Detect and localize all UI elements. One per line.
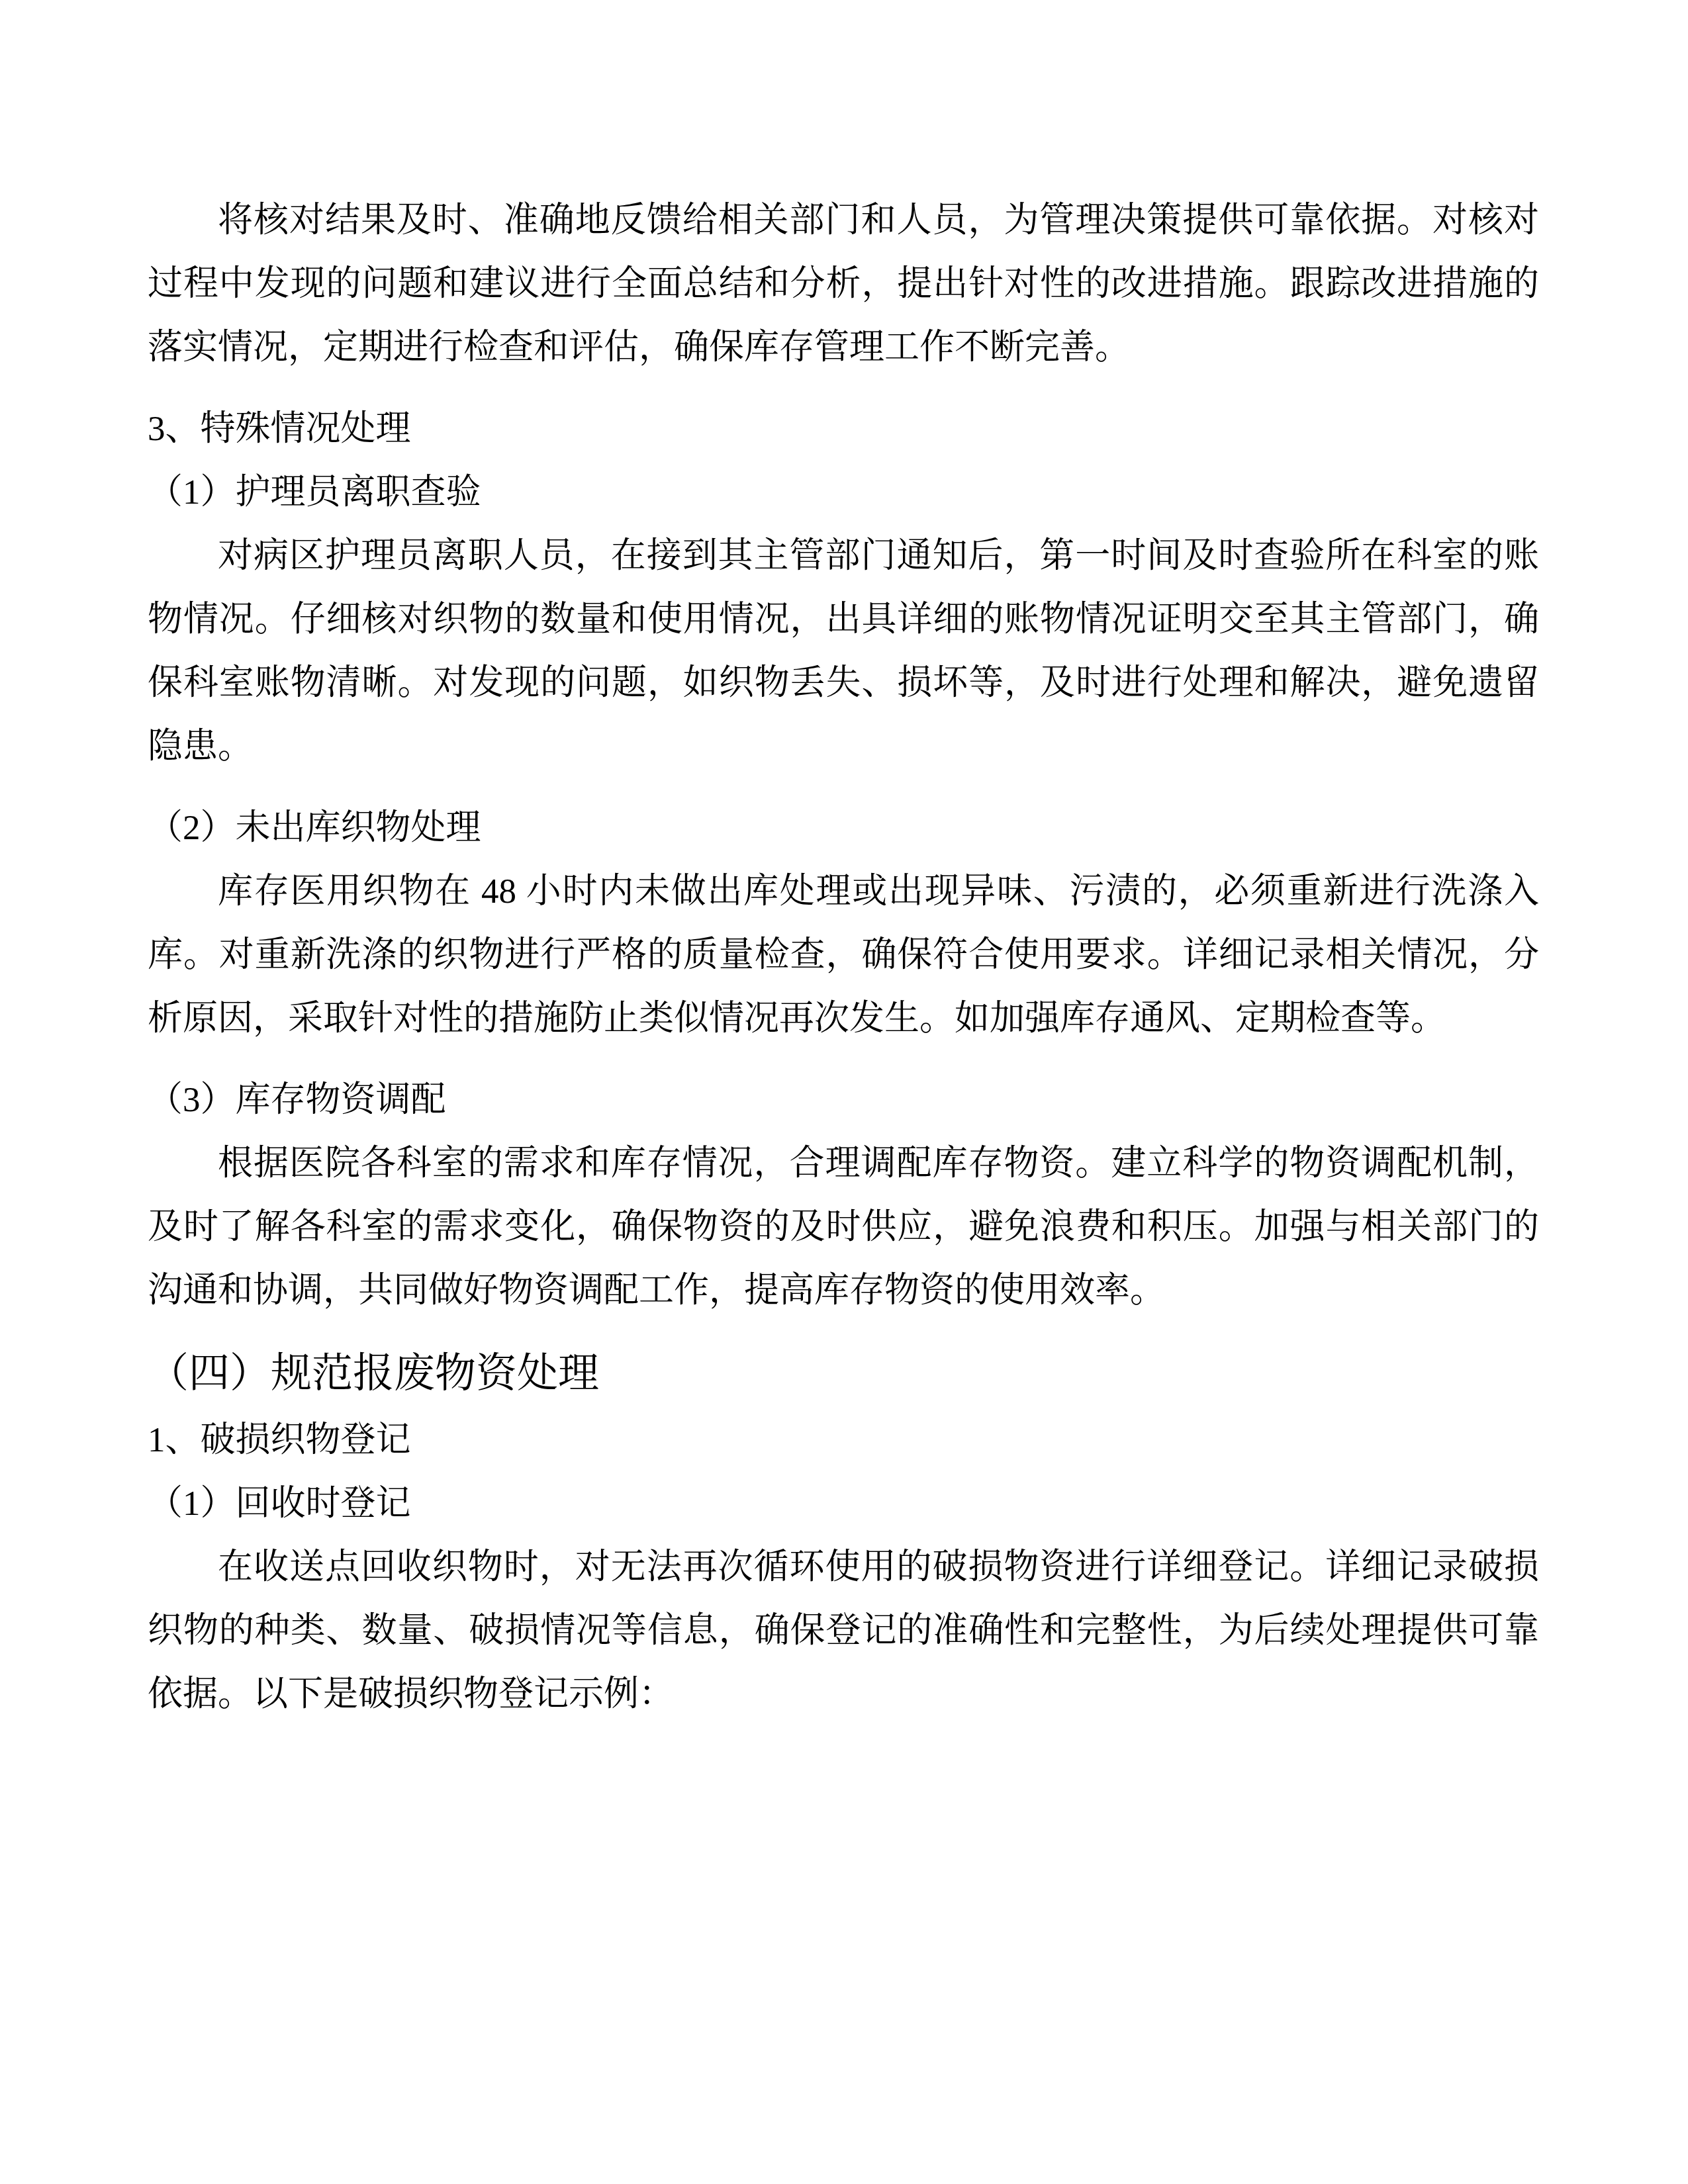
subheading-registration-at-collection: （1）回收时登记 <box>148 1472 1539 1535</box>
subheading-inventory-allocation: （3）库存物资调配 <box>148 1068 1539 1132</box>
heading-damaged-textile-registration: 1、破损织物登记 <box>148 1408 1539 1472</box>
document-page: 将核对结果及时、准确地反馈给相关部门和人员，为管理决策提供可靠依据。对核对过程中… <box>0 0 1688 2184</box>
subheading-caregiver-departure-check: （1）护理员离职查验 <box>148 461 1539 524</box>
para-registration-at-collection: 在收送点回收织物时，对无法再次循环使用的破损物资进行详细登记。详细记录破损织物的… <box>148 1535 1539 1726</box>
para-caregiver-departure: 对病区护理员离职人员，在接到其主管部门通知后，第一时间及时查验所在科室的账物情况… <box>148 524 1539 778</box>
para-unshipped-textiles: 库存医用织物在 48 小时内未做出库处理或出现异味、污渍的，必须重新进行洗涤入库… <box>148 860 1539 1050</box>
document-body: 将核对结果及时、准确地反馈给相关部门和人员，为管理决策提供可靠依据。对核对过程中… <box>148 189 1539 1726</box>
heading-scrap-disposal: （四）规范报废物资处理 <box>148 1340 1539 1408</box>
subheading-unshipped-textiles: （2）未出库织物处理 <box>148 796 1539 860</box>
heading-special-cases: 3、特殊情况处理 <box>148 397 1539 461</box>
para-feedback-results: 将核对结果及时、准确地反馈给相关部门和人员，为管理决策提供可靠依据。对核对过程中… <box>148 189 1539 379</box>
para-inventory-allocation: 根据医院各科室的需求和库存情况，合理调配库存物资。建立科学的物资调配机制，及时了… <box>148 1132 1539 1322</box>
